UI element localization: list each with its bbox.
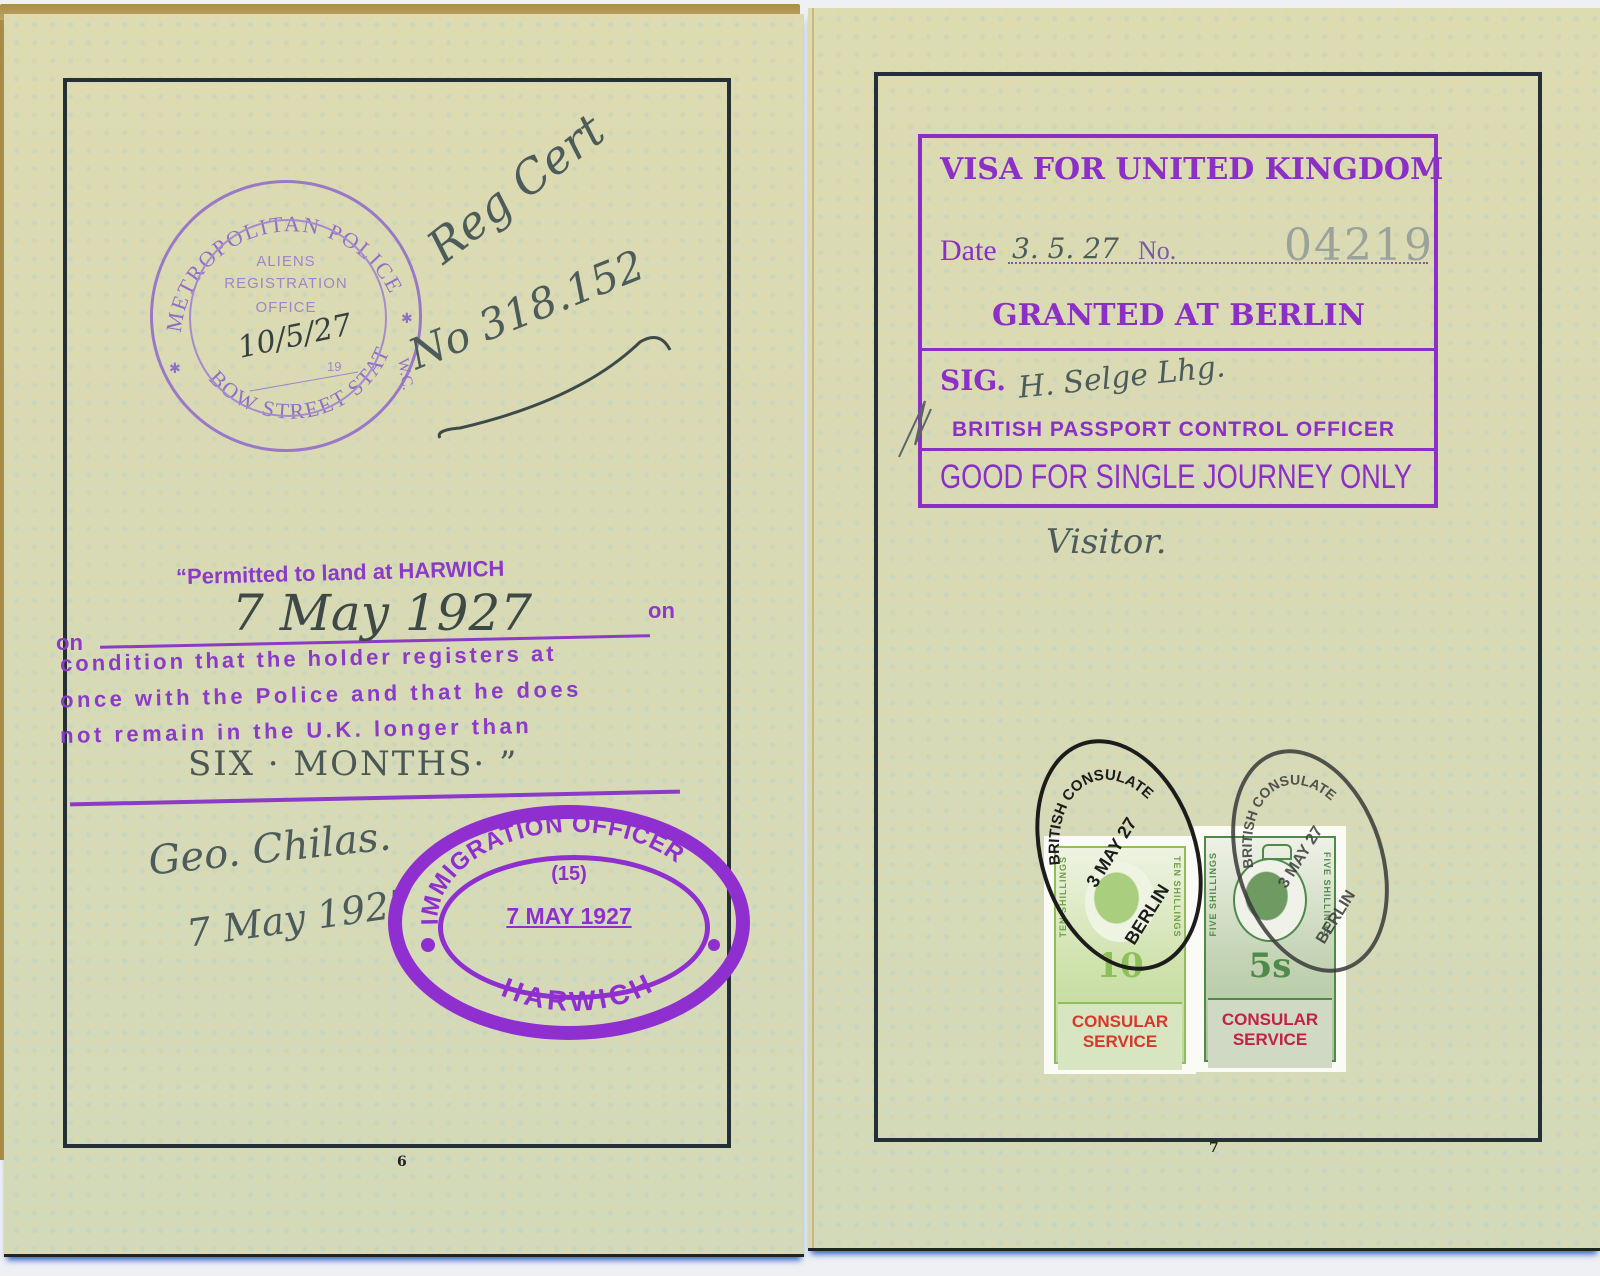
police-office-label: OFFICE [153, 299, 419, 316]
permit-on-suffix: on [648, 598, 675, 624]
visa-divider-1 [922, 348, 1434, 351]
visa-officer-title: BRITISH PASSPORT CONTROL OFFICER [952, 418, 1395, 442]
police-year-prefix: 19 [327, 359, 341, 374]
police-registration-label: REGISTRATION [153, 275, 419, 292]
visa-sig-label: SIG. [940, 364, 1006, 397]
uk-visa-stamp: VISA FOR UNITED KINGDOM Date 3. 5. 27 No… [918, 134, 1438, 508]
star-icon: ✱ [169, 360, 181, 376]
page-number-left: 6 [397, 1154, 407, 1170]
visa-validity: GOOD FOR SINGLE JOURNEY ONLY [940, 458, 1412, 497]
metropolitan-police-stamp: METROPOLITAN POLICE BOW STREET STATION W… [150, 180, 422, 452]
police-aliens-label: ALIENS [153, 253, 419, 270]
stamp-label-line2: SERVICE [1050, 1032, 1190, 1052]
visa-number: 04219 [1284, 220, 1434, 271]
immigration-officer-stamp: IMMIGRATION OFFICER HARWICH (15) 7 MAY 1… [388, 805, 750, 1040]
visa-annotation-visitor: Visitor. [1046, 522, 1167, 562]
visa-date-value: 3. 5. 27 [1012, 232, 1119, 265]
visa-title: VISA FOR UNITED KINGDOM [940, 152, 1443, 187]
dot-icon [421, 938, 435, 952]
stamp-label-line2: SERVICE [1200, 1030, 1340, 1050]
page-number-right: 7 [1209, 1140, 1219, 1156]
visa-date-label: Date [940, 234, 997, 268]
permit-handwritten-duration: SIX · MONTHS· ” [188, 744, 518, 784]
stamp-label-line1: CONSULAR [1050, 1012, 1190, 1032]
svg-text:BRITISH CONSULATE: BRITISH CONSULATE [1216, 758, 1354, 873]
reg-cert-flourish [430, 320, 680, 450]
visa-signature: H. Selge Lhg. [1017, 349, 1227, 406]
permit-handwritten-date: 7 May 1927 [232, 584, 532, 642]
consulate-ring-text: BRITISH CONSULATE [1023, 751, 1170, 869]
dot-icon [708, 939, 720, 951]
visa-divider-2 [922, 448, 1434, 451]
center-fold [812, 8, 814, 1248]
visa-no-label: No. [1138, 236, 1176, 266]
stamp-label-line1: CONSULAR [1200, 1010, 1340, 1030]
police-stamp-inner-ring [189, 219, 387, 417]
consulate-ring-text: BRITISH CONSULATE [1216, 758, 1354, 873]
margin-pen-mark [895, 395, 935, 465]
svg-text:BRITISH CONSULATE: BRITISH CONSULATE [1023, 751, 1170, 869]
visa-granted-at: GRANTED AT BERLIN [992, 298, 1365, 333]
immigration-stamp-number: (15) [402, 863, 736, 886]
immigration-stamp-date: 7 MAY 1927 [402, 903, 736, 930]
